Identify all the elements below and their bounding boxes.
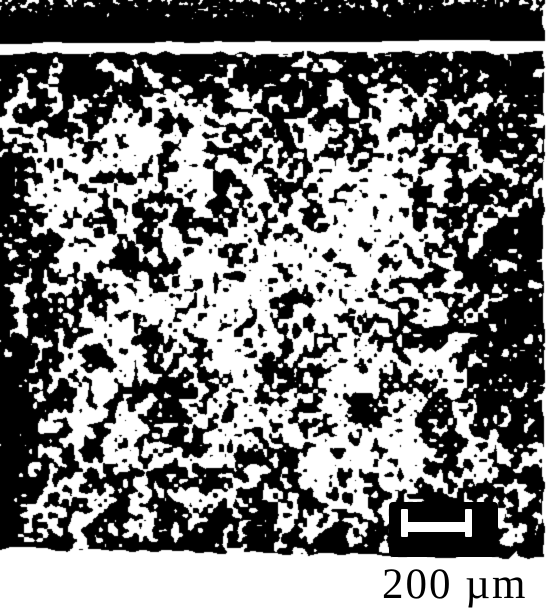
scale-bar-right-cap-icon — [465, 509, 472, 537]
scale-label: 200 µm — [382, 563, 527, 606]
scale-bar-line-icon — [401, 522, 472, 532]
figure-page: 200 µm — [0, 0, 558, 612]
scale-bar — [389, 502, 498, 557]
